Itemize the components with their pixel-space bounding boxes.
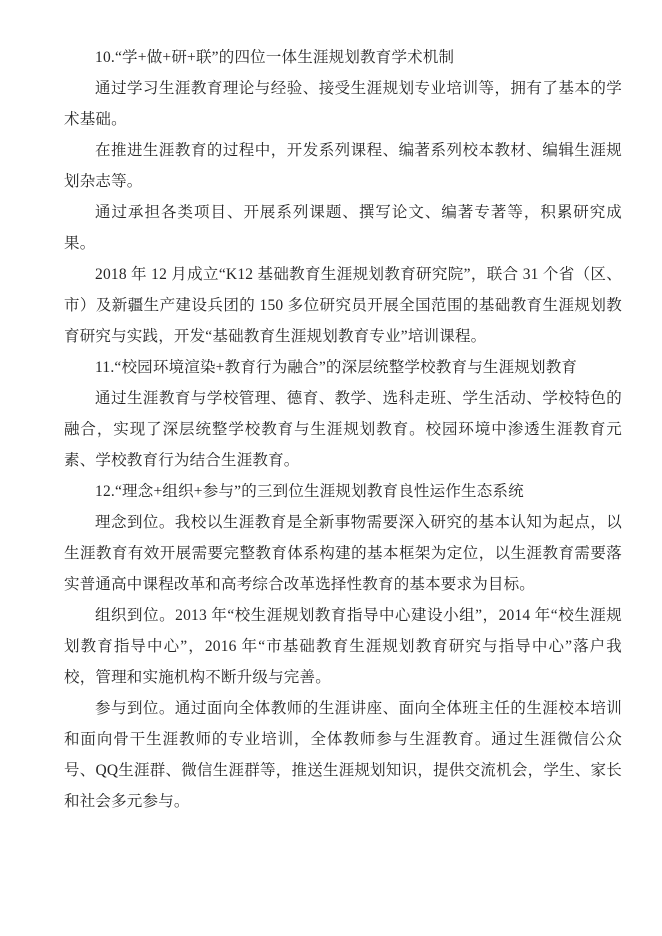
- body-paragraph: 参与到位。通过面向全体教师的生涯讲座、面向全体班主任的生涯校本培训和面向骨干生涯…: [64, 693, 622, 817]
- body-paragraph: 通过学习生涯教育理论与经验、接受生涯规划专业培训等，拥有了基本的学术基础。: [64, 73, 622, 135]
- body-paragraph: 理念到位。我校以生涯教育是全新事物需要深入研究的基本认知为起点，以生涯教育有效开…: [64, 507, 622, 600]
- body-paragraph: 2018 年 12 月成立“K12 基础教育生涯规划教育研究院”，联合 31 个…: [64, 259, 622, 352]
- section-heading-11: 11.“校园环境渲染+教育行为融合”的深层统整学校教育与生涯规划教育: [64, 352, 622, 383]
- document-page: 10.“学+做+研+联”的四位一体生涯规划教育学术机制 通过学习生涯教育理论与经…: [0, 0, 662, 936]
- body-paragraph: 通过承担各类项目、开展系列课题、撰写论文、编著专著等，积累研究成果。: [64, 197, 622, 259]
- body-paragraph: 组织到位。2013 年“校生涯规划教育指导中心建设小组”，2014 年“校生涯规…: [64, 600, 622, 693]
- document-content: 10.“学+做+研+联”的四位一体生涯规划教育学术机制 通过学习生涯教育理论与经…: [64, 42, 622, 817]
- section-heading-10: 10.“学+做+研+联”的四位一体生涯规划教育学术机制: [64, 42, 622, 73]
- body-paragraph: 在推进生涯教育的过程中，开发系列课程、编著系列校本教材、编辑生涯规划杂志等。: [64, 135, 622, 197]
- body-paragraph: 通过生涯教育与学校管理、德育、教学、选科走班、学生活动、学校特色的融合，实现了深…: [64, 383, 622, 476]
- section-heading-12: 12.“理念+组织+参与”的三到位生涯规划教育良性运作生态系统: [64, 476, 622, 507]
